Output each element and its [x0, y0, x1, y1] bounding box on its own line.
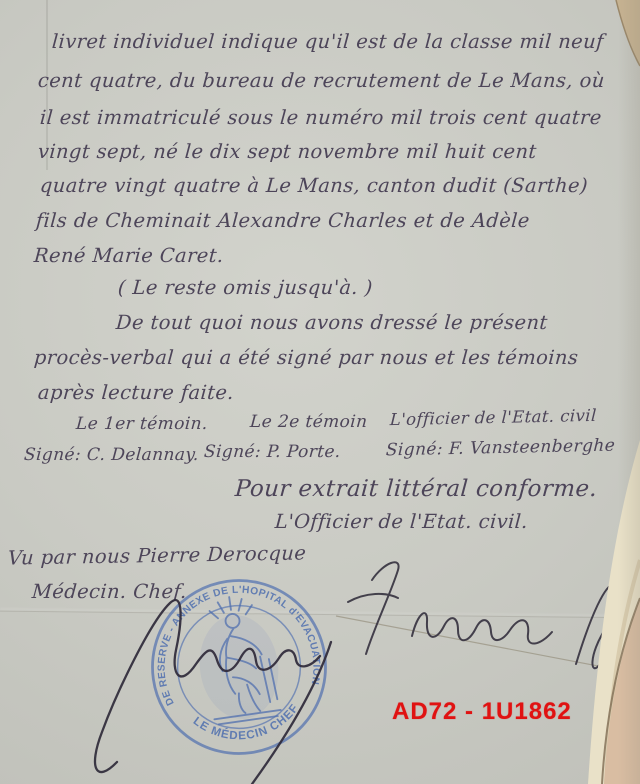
- witness-2-signed: Signé: P. Porte.: [203, 442, 341, 462]
- officer-signed: Signé: F. Vansteenberghe: [385, 436, 615, 461]
- page-edge-line: [602, 598, 640, 784]
- handwritten-line: livret individuel indique qu'il est de l…: [51, 30, 604, 53]
- archive-reference-label: AD72 - 1U1862: [392, 698, 572, 726]
- handwritten-line: il est immatriculé sous le numéro mil tr…: [39, 106, 602, 129]
- torn-corner: [616, 0, 640, 66]
- handwritten-line: René Marie Caret.: [33, 244, 224, 267]
- handwritten-line: quatre vingt quatre à Le Mans, canton du…: [39, 174, 589, 197]
- handwritten-line: procès-verbal qui a été signé par nous e…: [33, 346, 579, 369]
- certification-officer-line: L'Officier de l'Etat. civil.: [274, 510, 529, 533]
- certification-line: Pour extrait littéral conforme.: [234, 476, 598, 502]
- hospital-stamp: DE RESERVE - ANNEXE DE L'HOPITAL d'EVACU…: [134, 562, 344, 772]
- officer-label: L'officier de l'Etat. civil: [389, 406, 597, 429]
- handwritten-line: vingt sept, né le dix sept novembre mil …: [37, 140, 537, 163]
- handwritten-line: fils de Cheminait Alexandre Charles et d…: [35, 209, 530, 232]
- scanned-document-page: livret individuel indique qu'il est de l…: [0, 0, 640, 784]
- witness-1-signed: Signé: C. Delannay.: [23, 445, 199, 465]
- curl-under-surface: [604, 598, 640, 784]
- handwritten-line: cent quatre, du bureau de recrutement de…: [37, 69, 605, 92]
- handwritten-line: De tout quoi nous avons dressé le présen…: [115, 311, 548, 334]
- witness-1-label: Le 1er témoin.: [75, 414, 208, 434]
- doctor-note-line: Vu par nous Pierre Derocque: [7, 541, 307, 569]
- signature-crease-line: [336, 616, 640, 674]
- handwritten-line: après lecture faite.: [37, 381, 235, 404]
- handwritten-line: ( Le reste omis jusqu'à. ): [117, 276, 373, 299]
- witness-2-label: Le 2e témoin: [249, 412, 368, 432]
